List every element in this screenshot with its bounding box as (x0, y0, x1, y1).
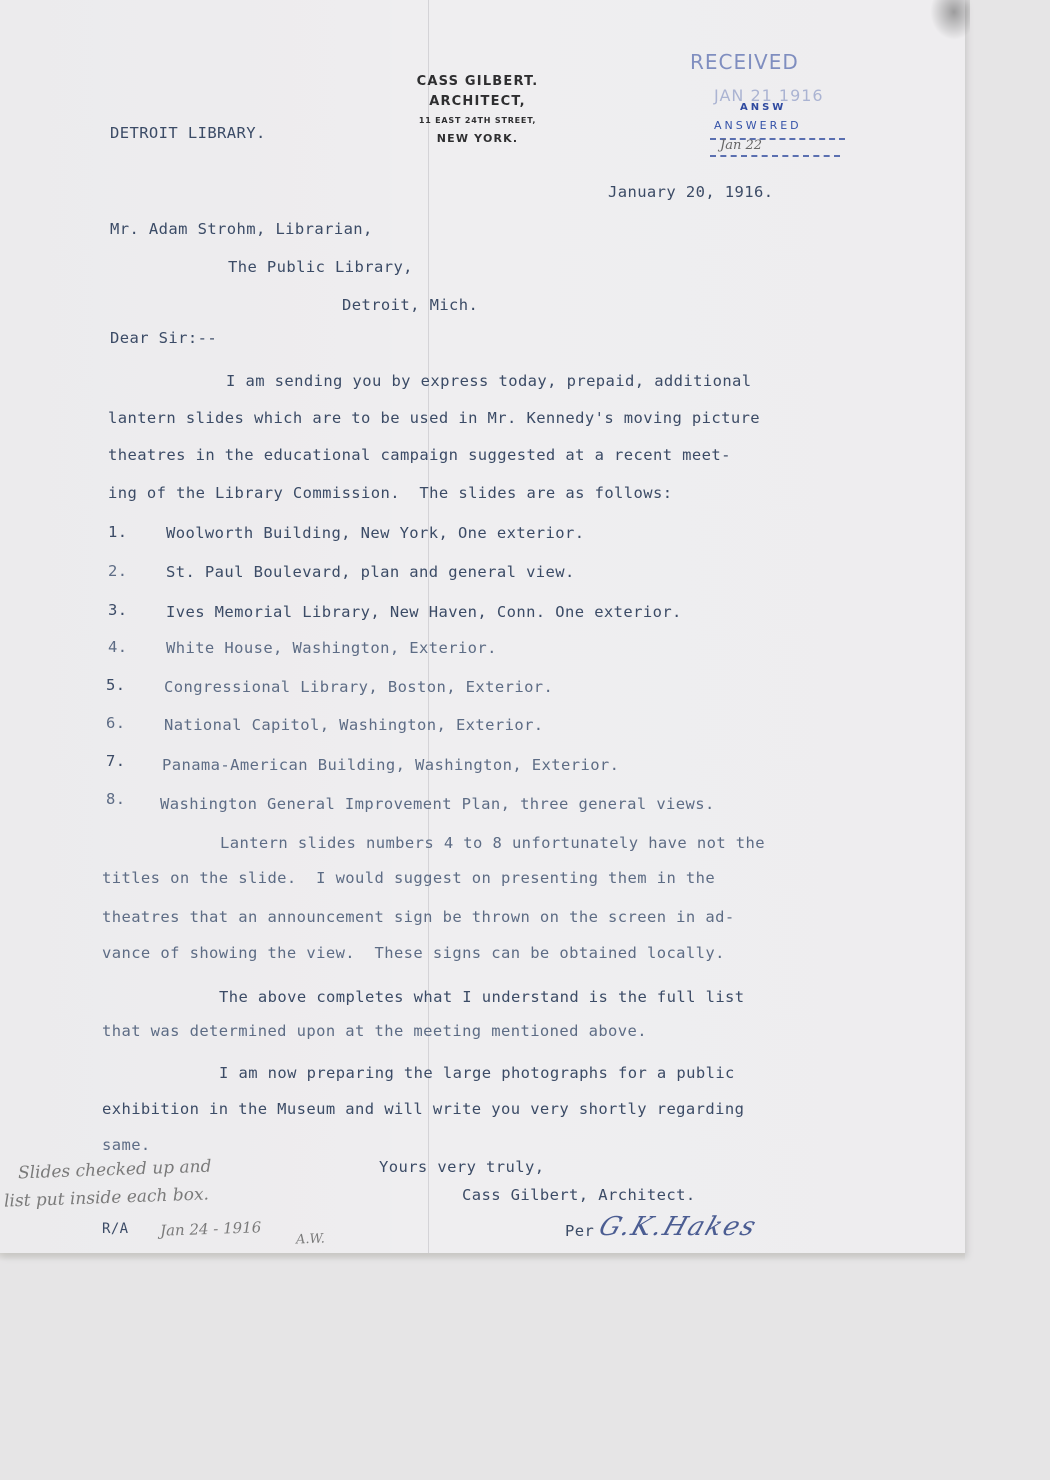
salutation: Dear Sir:-- (110, 329, 217, 347)
paragraph-3-line: The above completes what I understand is… (219, 988, 745, 1006)
slide-item: Washington General Improvement Plan, thr… (160, 795, 715, 813)
recipient-line-3: Detroit, Mich. (342, 296, 478, 314)
closing-valediction: Yours very truly, (379, 1158, 544, 1176)
paragraph-2-line: titles on the slide. I would suggest on … (102, 869, 715, 887)
reference-initials: R/A (102, 1221, 129, 1237)
paragraph-1-line: theatres in the educational campaign sug… (108, 446, 731, 464)
closing-sender: Cass Gilbert, Architect. (462, 1186, 696, 1204)
paragraph-4-line: I am now preparing the large photographs… (219, 1064, 735, 1082)
stamp-handwritten-date: Jan 22 (720, 138, 762, 153)
handwritten-signature: G.K.Hakes (595, 1212, 761, 1242)
slide-number: 7. (106, 752, 125, 770)
stamp-answered: ANSWERED (714, 119, 802, 132)
slide-item: Panama-American Building, Washington, Ex… (162, 756, 619, 774)
stamp-line (710, 155, 840, 157)
smudge (930, 0, 970, 40)
paper-shadow (0, 1253, 965, 1261)
recipient-line-2: The Public Library, (228, 258, 413, 276)
pencil-note-line-1: Slides checked up and (18, 1157, 212, 1184)
recipient-line-1: Mr. Adam Strohm, Librarian, (110, 220, 373, 238)
paragraph-3-line: that was determined upon at the meeting … (102, 1022, 647, 1040)
paragraph-2-line: theatres that an announcement sign be th… (102, 908, 735, 926)
letterhead-city: NEW YORK. (395, 130, 560, 148)
slide-item: Ives Memorial Library, New Haven, Conn. … (166, 603, 682, 621)
slide-number: 1. (108, 523, 127, 541)
received-stamp: RECEIVED JAN 21 1916 ANSW ANSWERED Jan 2… (690, 50, 860, 74)
pencil-note-initials: A.W. (296, 1232, 325, 1248)
paragraph-2-line: Lantern slides numbers 4 to 8 unfortunat… (220, 834, 765, 852)
slide-item: Congressional Library, Boston, Exterior. (164, 678, 553, 696)
letterhead: CASS GILBERT. ARCHITECT, 11 EAST 24TH ST… (395, 72, 560, 148)
slide-item: White House, Washington, Exterior. (166, 639, 497, 657)
letterhead-title: ARCHITECT, (395, 92, 560, 112)
slide-number: 3. (108, 601, 127, 619)
letterhead-name: CASS GILBERT. (395, 72, 560, 92)
paragraph-4-line: exhibition in the Museum and will write … (102, 1100, 744, 1118)
stamp-answered-partial: ANSW (740, 102, 786, 113)
letter-date: January 20, 1916. (608, 183, 773, 201)
paragraph-2-line: vance of showing the view. These signs c… (102, 944, 725, 962)
closing-per: Per (565, 1222, 594, 1240)
pencil-note-date: Jan 24 - 1916 (160, 1218, 262, 1240)
slide-number: 4. (108, 638, 127, 656)
pencil-note-line-2: list put inside each box. (4, 1184, 210, 1211)
letter-paper: CASS GILBERT. ARCHITECT, 11 EAST 24TH ST… (0, 0, 965, 1253)
paragraph-1-line: I am sending you by express today, prepa… (226, 372, 752, 390)
paragraph-1-line: ing of the Library Commission. The slide… (108, 484, 672, 502)
slide-number: 6. (106, 714, 125, 732)
paragraph-4-line: same. (102, 1136, 151, 1154)
slide-item: St. Paul Boulevard, plan and general vie… (166, 563, 575, 581)
letterhead-street: 11 EAST 24TH STREET, (395, 112, 560, 130)
slide-number: 5. (106, 676, 125, 694)
stamp-received: RECEIVED (690, 50, 860, 74)
slide-item: Woolworth Building, New York, One exteri… (166, 524, 584, 542)
slide-number: 2. (108, 562, 127, 580)
slide-number: 8. (106, 790, 125, 808)
slide-item: National Capitol, Washington, Exterior. (164, 716, 544, 734)
paragraph-1-line: lantern slides which are to be used in M… (108, 409, 760, 427)
header-left: DETROIT LIBRARY. (110, 124, 266, 142)
